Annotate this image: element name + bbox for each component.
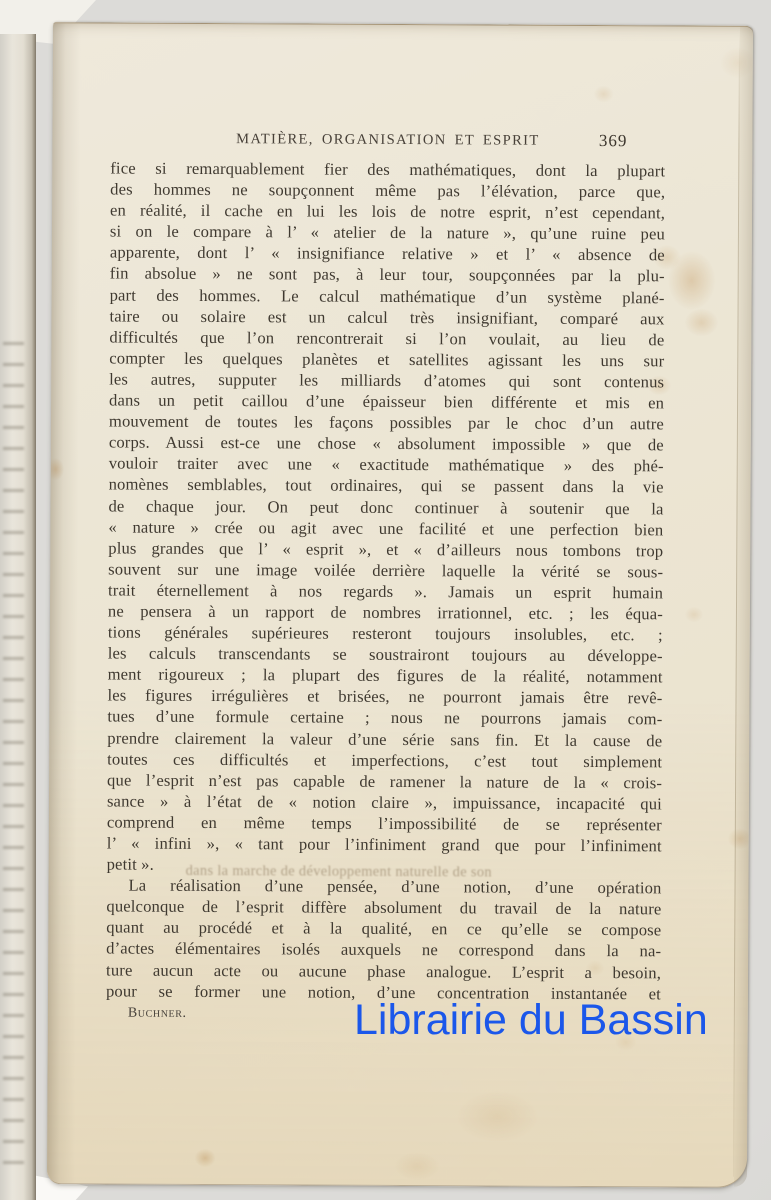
text-line: corps. Aussi est-ce une chose « absolume… xyxy=(109,432,664,456)
text-line: « nature » crée ou agit avec une facilit… xyxy=(108,516,663,540)
text-line: compter les quelques planètes et satelli… xyxy=(109,347,664,371)
text-line: taire ou solaire est un calcul très insi… xyxy=(109,305,664,329)
photo-backdrop: MATIÈRE, ORGANISATION ET ESPRIT 369 dans… xyxy=(0,0,771,1200)
text-line: vouloir traiter avec une « exactitude ma… xyxy=(109,453,664,477)
text-line: toutes ces difficultés et imperfections,… xyxy=(107,748,662,772)
text-line: d’actes élémentaires isolés auxquels ne … xyxy=(106,938,661,962)
bookseller-watermark: Librairie du Bassin xyxy=(354,997,708,1043)
printer-signature: Buchner. xyxy=(128,1006,187,1022)
text-line: sance » à l’état de « notion claire », i… xyxy=(107,790,662,814)
paragraph-1: fice si remarquablement fier des mathéma… xyxy=(107,157,666,877)
text-line: ment rigoureux ; la plupart des figures … xyxy=(108,664,663,688)
text-line: que l’esprit n’est pas capable de ramene… xyxy=(107,769,662,793)
text-line: tions générales supérieures resteront to… xyxy=(108,622,663,646)
text-line: ture aucun acte ou aucune phase analogue… xyxy=(106,959,661,983)
text-line: apparente, dont l’ « insignifiance relat… xyxy=(110,242,665,266)
text-line: trait éternellement à nos regards ». Jam… xyxy=(108,579,663,603)
text-line: plus grandes que l’ « esprit », et « d’a… xyxy=(108,537,663,561)
text-line: de chaque jour. On peut donc continuer à… xyxy=(108,495,663,519)
text-line: quelconque de l’esprit diffère absolumen… xyxy=(106,896,661,920)
running-title: MATIÈRE, ORGANISATION ET ESPRIT xyxy=(236,131,540,149)
page-edge-seam xyxy=(733,31,740,1177)
text-line: petit ». xyxy=(107,854,662,878)
text-line: prendre clairement la valeur d’une série… xyxy=(107,727,662,751)
text-line: l’ « infini », « tant pour l’infiniment … xyxy=(107,832,662,856)
text-line: des hommes ne soupçonnent même pas l’élé… xyxy=(110,179,665,203)
text-line: les autres, supputer les milliards d’ato… xyxy=(109,368,664,392)
text-line: fin absolue » ne sont pas, à leur tour, … xyxy=(110,263,665,287)
text-line: les figures irrégulières et brisées, ne … xyxy=(107,685,662,709)
text-line: les calculs transcendants se soustrairon… xyxy=(108,643,663,667)
text-line: part des hommes. Le calcul mathématique … xyxy=(110,284,665,308)
page-number: 369 xyxy=(599,131,628,151)
text-line: dans un petit caillou d’une épaisseur bi… xyxy=(109,390,664,414)
text-line: fice si remarquablement fier des mathéma… xyxy=(110,157,665,181)
text-line: difficultés que l’on rencontrerait si l’… xyxy=(109,326,664,350)
text-line: tues d’une formule certaine ; nous ne po… xyxy=(107,706,662,730)
text-line: si on le compare à l’ « atelier de la na… xyxy=(110,221,665,245)
text-line: en réalité, il cache en lui les lois de … xyxy=(110,200,665,224)
text-line: mouvement de toutes les façons possibles… xyxy=(109,411,664,435)
text-line: La réalisation d’une pensée, d’une notio… xyxy=(106,875,661,899)
paragraph-2: La réalisation d’une pensée, d’une notio… xyxy=(106,875,662,1004)
text-line: comprend en même temps l’impossibilité d… xyxy=(107,811,662,835)
text-line: nomènes semblables, tout ordinaires, qui… xyxy=(109,474,664,498)
text-line: quant au procédé et à la qualité, en ce … xyxy=(106,917,661,941)
body-text: fice si remarquablement fier des mathéma… xyxy=(106,157,665,1004)
text-line: souvent sur une image voilée derrière la… xyxy=(108,558,663,582)
text-line: ne pensera à un rapport de nombres irrat… xyxy=(108,600,663,624)
running-head: MATIÈRE, ORGANISATION ET ESPRIT 369 xyxy=(110,129,665,154)
facing-page-fore-edge xyxy=(0,34,36,1200)
blurred-edge-text xyxy=(3,329,24,1174)
